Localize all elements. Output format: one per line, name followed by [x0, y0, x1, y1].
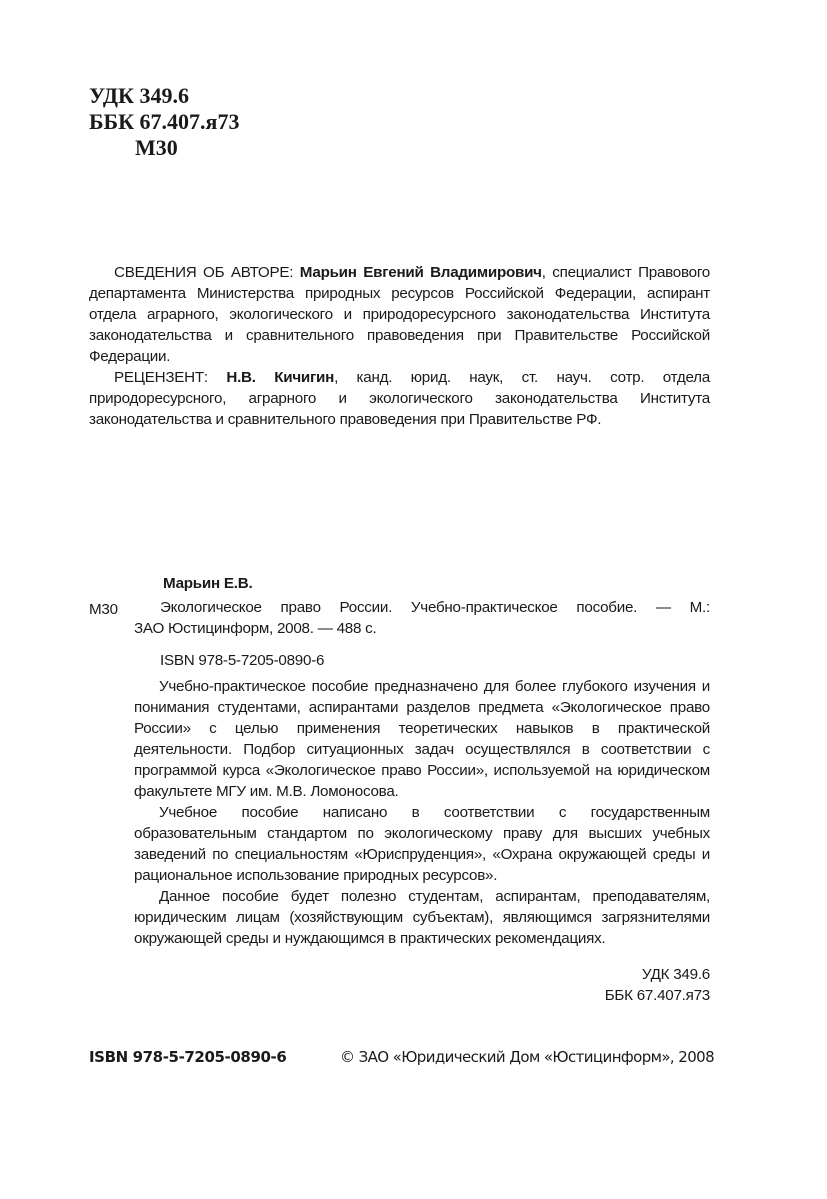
catalog-title-line1: Экологическое право России. Учебно-практ…	[160, 599, 710, 616]
annotation-paragraph: Учебное пособие написано в соответствии …	[134, 802, 710, 886]
annotation: Учебно-практическое пособие предназначен…	[134, 676, 710, 949]
author-full-name: Марьин Евгений Владимирович	[300, 264, 542, 281]
reviewer-label: РЕЦЕНЗЕНТ:	[114, 369, 208, 386]
footer-bbk: ББК 67.407.я73	[605, 987, 710, 1004]
bbk-code: ББК 67.407.я73	[89, 109, 239, 135]
catalog-code: М30	[89, 601, 118, 618]
footer-udk: УДК 349.6	[642, 966, 710, 983]
catalog-author: Марьин Е.В.	[163, 575, 252, 592]
copyright: © ЗАО «Юридический Дом «Юстицинформ», 20…	[340, 1048, 714, 1066]
catalog-title-line2: ЗАО Юстицинформ, 2008. — 488 с.	[134, 620, 376, 637]
udk-code: УДК 349.6	[89, 83, 189, 109]
author-mark-code: М30	[135, 135, 178, 161]
bottom-isbn: ISBN 978-5-7205-0890-6	[89, 1048, 286, 1066]
annotation-paragraph: Данное пособие будет полезно студентам, …	[134, 886, 710, 949]
catalog-author-name: Марьин Е.В.	[163, 575, 252, 592]
reviewer-info: РЕЦЕНЗЕНТ: Н.В. Кичигин, канд. юрид. нау…	[89, 367, 710, 430]
catalog-isbn: ISBN 978-5-7205-0890-6	[160, 652, 324, 669]
author-info-section: СВЕДЕНИЯ ОБ АВТОРЕ: Марьин Евгений Влади…	[89, 262, 710, 430]
author-info: СВЕДЕНИЯ ОБ АВТОРЕ: Марьин Евгений Влади…	[89, 262, 710, 367]
author-info-label: СВЕДЕНИЯ ОБ АВТОРЕ:	[114, 264, 293, 281]
annotation-paragraph: Учебно-практическое пособие предназначен…	[134, 676, 710, 802]
reviewer-name: Н.В. Кичигин	[226, 369, 334, 386]
